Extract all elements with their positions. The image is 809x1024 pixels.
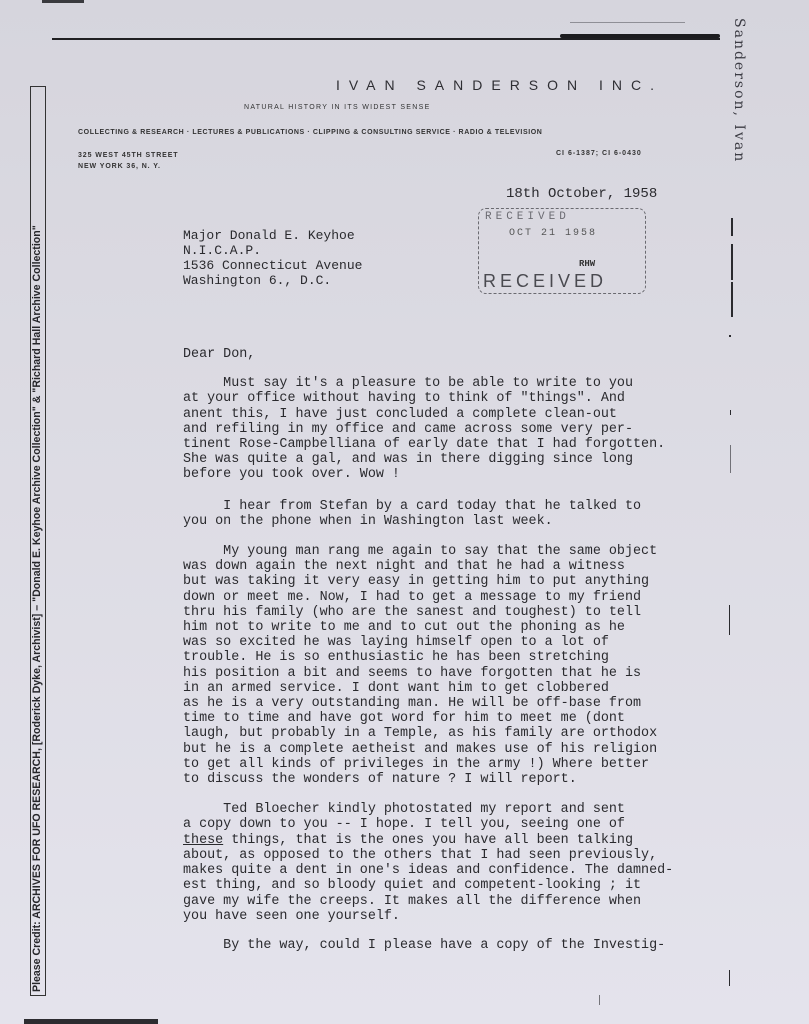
margin-mark: [599, 995, 600, 1005]
letterhead-address: 325 WEST 45TH STREET NEW YORK 36, N. Y.: [78, 150, 178, 172]
stamp-top-text: RECEIVED: [485, 211, 570, 223]
margin-mark: [729, 970, 730, 986]
p4-rest: about, as opposed to the others that I h…: [183, 848, 673, 924]
letter-body: Dear Don, Must say it's a pleasure to be…: [183, 347, 743, 953]
received-stamp: RECEIVED OCT 21 1958 RHW RECEIVED: [478, 208, 646, 294]
paragraph-5: By the way, could I please have a copy o…: [183, 938, 743, 953]
address-line-1: 325 WEST 45TH STREET: [78, 150, 178, 161]
archive-credit: Please Credit: ARCHIVES FOR UFO RESEARCH…: [30, 225, 44, 992]
p4-line-1: Ted Bloecher kindly photostated my repor…: [183, 802, 625, 817]
p4-line-3: things, that is the ones you have all be…: [223, 833, 633, 848]
paragraph-2: I hear from Stefan by a card today that …: [183, 499, 743, 529]
margin-mark: [731, 218, 733, 236]
letterhead-phone: CI 6-1387; CI 6-0430: [556, 150, 642, 157]
top-rule-faint: [570, 22, 685, 23]
recipient-street: 1536 Connecticut Avenue: [183, 258, 362, 273]
address-line-2: NEW YORK 36, N. Y.: [78, 161, 178, 172]
salutation: Dear Don,: [183, 347, 743, 362]
scan-edge-mark: [42, 0, 84, 3]
letterhead-services: COLLECTING & RESEARCH · LECTURES & PUBLI…: [78, 129, 542, 136]
paragraph-4: Ted Bloecher kindly photostated my repor…: [183, 802, 743, 924]
p4-line-2: a copy down to you -- I hope. I tell you…: [183, 817, 625, 832]
letterhead-tagline: NATURAL HISTORY IN ITS WIDEST SENSE: [244, 104, 431, 111]
recipient-address: Major Donald E. Keyhoe N.I.C.A.P. 1536 C…: [183, 228, 362, 288]
top-rule: [52, 38, 720, 40]
stamp-initials: RHW: [579, 259, 595, 269]
margin-mark: [729, 335, 731, 337]
recipient-org: N.I.C.A.P.: [183, 243, 362, 258]
recipient-name: Major Donald E. Keyhoe: [183, 228, 362, 243]
recipient-city: Washington 6., D.C.: [183, 273, 362, 288]
margin-mark: [731, 282, 733, 317]
margin-mark: [731, 244, 733, 280]
paragraph-1: Must say it's a pleasure to be able to w…: [183, 376, 743, 482]
stamp-bottom-text: RECEIVED: [483, 271, 607, 292]
underlined-word: these: [183, 833, 223, 848]
scan-edge-mark: [24, 1019, 158, 1024]
letter-date: 18th October, 1958: [506, 186, 657, 202]
paragraph-3: My young man rang me again to say that t…: [183, 544, 743, 787]
stamp-date: OCT 21 1958: [509, 228, 597, 239]
company-name: IVAN SANDERSON INC.: [336, 77, 663, 93]
top-rule-heavy: [560, 34, 720, 38]
letterhead-company: IVAN SANDERSON INC.: [0, 77, 809, 93]
